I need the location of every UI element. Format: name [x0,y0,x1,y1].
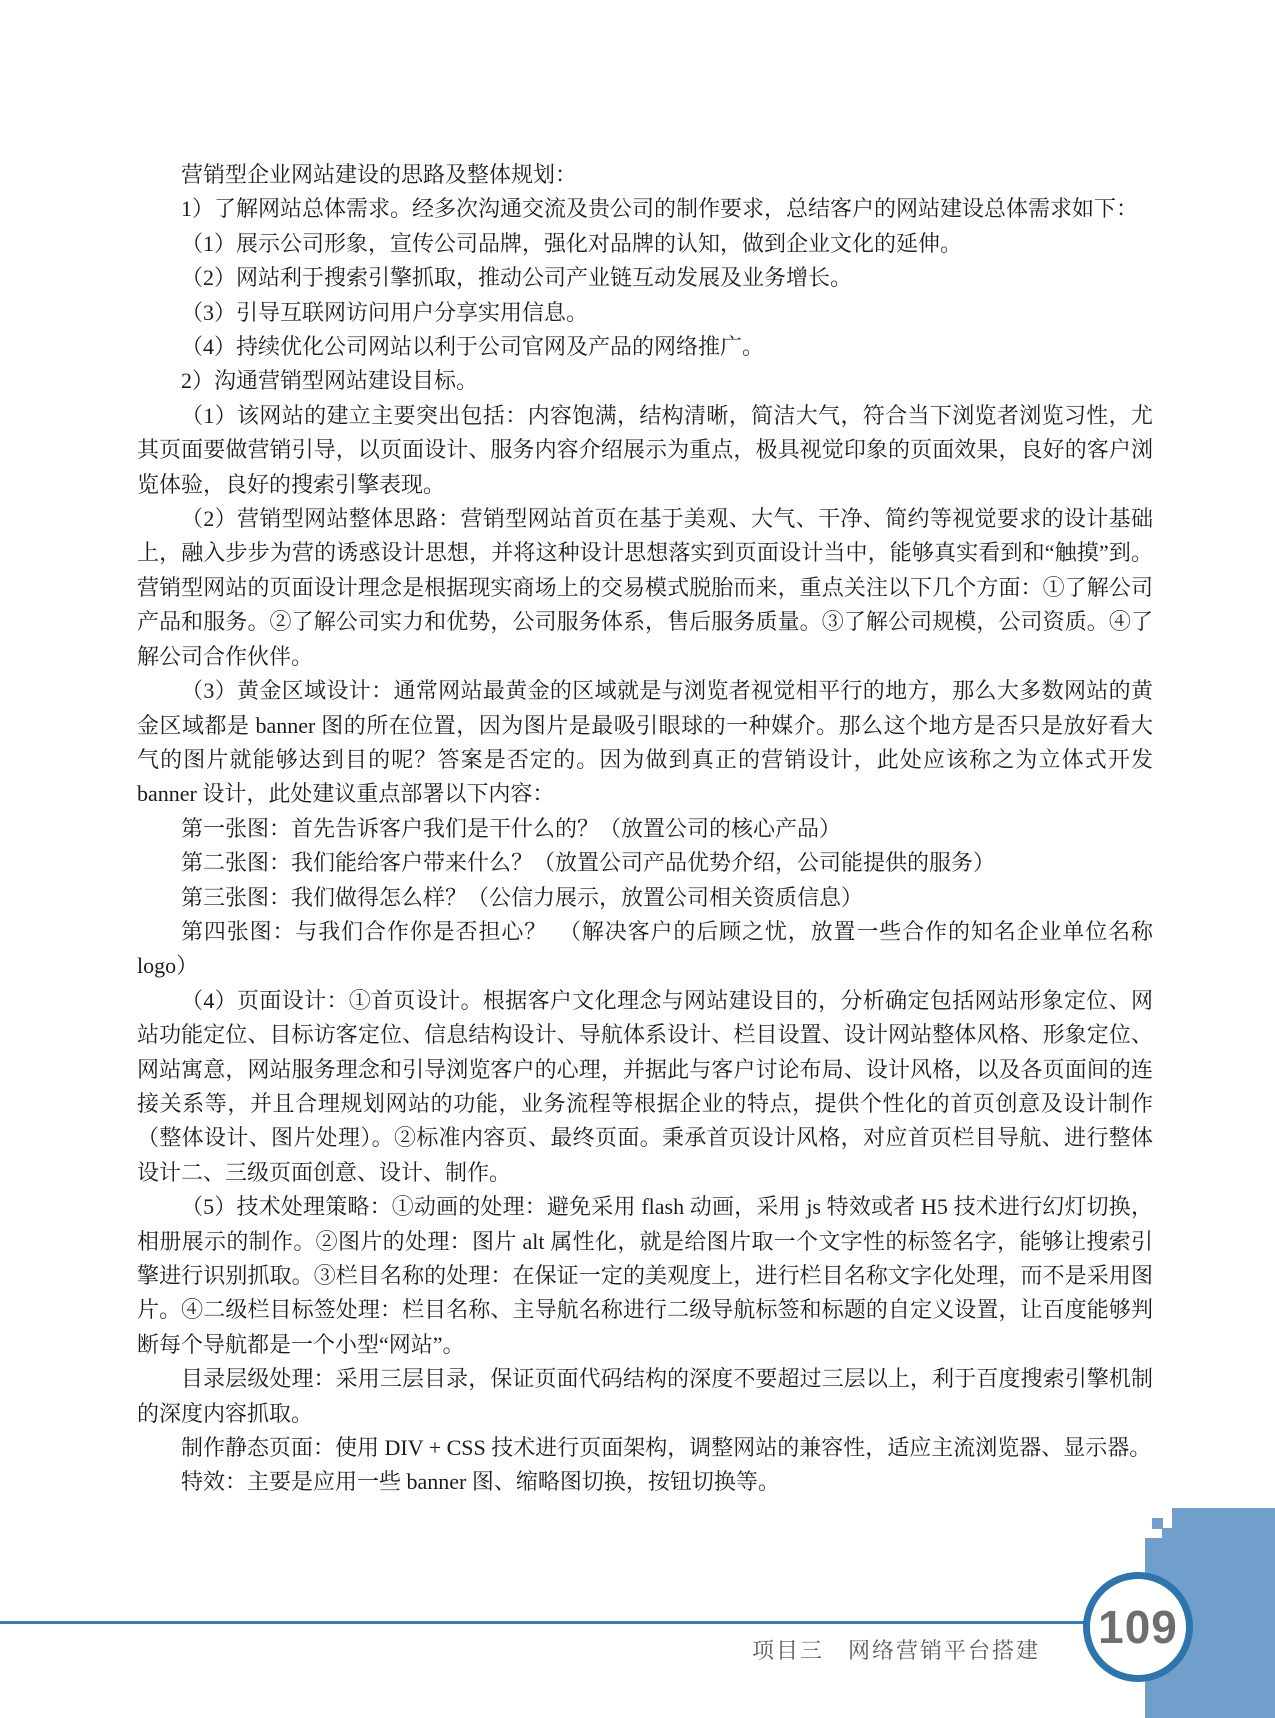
paragraph: （4）持续优化公司网站以利于公司官网及产品的网络推广。 [137,330,1153,364]
paragraph: 第四张图：与我们合作你是否担心？ （解决客户的后顾之忧，放置一些合作的知名企业单… [137,915,1153,984]
paragraph: （3）引导互联网访问用户分享实用信息。 [137,296,1153,330]
paragraph: （4）页面设计：①首页设计。根据客户文化理念与网站建设目的，分析确定包括网站形象… [137,984,1153,1190]
paragraph: 特效：主要是应用一些 banner 图、缩略图切换，按钮切换等。 [137,1465,1153,1499]
paragraph: （1）展示公司形象，宣传公司品牌，强化对品牌的认知，做到企业文化的延伸。 [137,227,1153,261]
footer-running-title: 项目三网络营销平台搭建 [0,1634,1040,1665]
paragraph: 第一张图：首先告诉客户我们是干什么的？（放置公司的核心产品） [137,812,1153,846]
page-number-badge: 109 [1083,1572,1193,1682]
paragraph: （3）黄金区域设计：通常网站最黄金的区域就是与浏览者视觉相平行的地方，那么大多数… [137,674,1153,812]
paragraph: 营销型企业网站建设的思路及整体规划： [137,158,1153,192]
page-number: 109 [1098,1600,1178,1654]
paragraph: 目录层级处理：采用三层目录，保证页面代码结构的深度不要超过三层以上，利于百度搜索… [137,1362,1153,1431]
paragraph: 2）沟通营销型网站建设目标。 [137,364,1153,398]
paragraph: （2）营销型网站整体思路：营销型网站首页在基于美观、大气、干净、简约等视觉要求的… [137,502,1153,674]
body-text: 营销型企业网站建设的思路及整体规划： 1）了解网站总体需求。经多次沟通交流及贵公… [137,158,1153,1500]
book-page: 营销型企业网站建设的思路及整体规划： 1）了解网站总体需求。经多次沟通交流及贵公… [0,0,1275,1718]
footer-title: 网络营销平台搭建 [848,1638,1040,1663]
paragraph: 制作静态页面：使用 DIV + CSS 技术进行页面架构，调整网站的兼容性，适应… [137,1431,1153,1465]
footer-rule [0,1621,1093,1624]
paragraph: 第三张图：我们做得怎么样？（公信力展示，放置公司相关资质信息） [137,881,1153,915]
paragraph: （2）网站利于搜索引擎抓取，推动公司产业链互动发展及业务增长。 [137,261,1153,295]
corner-block-top [1172,1508,1275,1539]
footer-chapter: 项目三 [752,1638,824,1663]
paragraph: 第二张图：我们能给客户带来什么？（放置公司产品优势介绍，公司能提供的服务） [137,846,1153,880]
paragraph: （5）技术处理策略：①动画的处理：避免采用 flash 动画，采用 js 特效或… [137,1190,1153,1362]
paragraph: 1）了解网站总体需求。经多次沟通交流及贵公司的制作要求，总结客户的网站建设总体需… [137,192,1153,226]
paragraph: （1）该网站的建立主要突出包括：内容饱满，结构清晰，简洁大气，符合当下浏览者浏览… [137,399,1153,502]
